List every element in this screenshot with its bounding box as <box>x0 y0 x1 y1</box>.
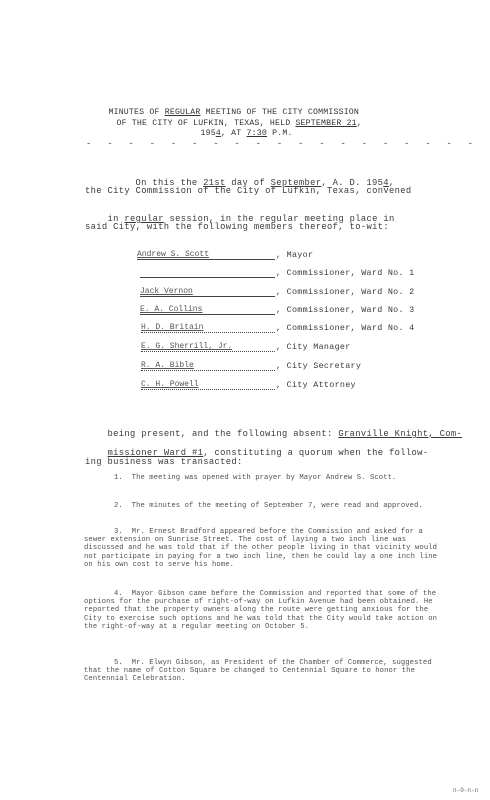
item-text: The meeting was opened with prayer by Ma… <box>132 474 397 482</box>
signature-line <box>141 370 275 371</box>
member-role: , Commissioner, Ward No. 3 <box>276 305 414 315</box>
signature-line <box>137 259 275 260</box>
signature-line <box>140 277 275 278</box>
member-role: , Commissioner, Ward No. 4 <box>276 323 414 333</box>
member-name: Andrew S. Scott <box>137 250 209 259</box>
heading-text: 195 <box>200 129 215 138</box>
member-name: Jack Vernon <box>140 287 193 296</box>
member-name: R. A. Bible <box>141 361 194 370</box>
heading-text: , AT <box>221 129 247 138</box>
signature-line <box>141 332 275 333</box>
meeting-time-field: 7:30 <box>247 129 267 138</box>
member-role: , Commissioner, Ward No. 2 <box>276 287 414 297</box>
member-name: H. D. Britain <box>141 323 203 332</box>
member-role: , City Manager <box>276 342 351 352</box>
minutes-item-2: 2. The minutes of the meeting of Septemb… <box>84 502 442 510</box>
minutes-item-1: 1. The meeting was opened with prayer by… <box>84 474 442 482</box>
item-number: 4. <box>114 590 123 598</box>
minutes-item-4: 4. Mayor Gibson came before the Commissi… <box>84 590 442 631</box>
intro-line-4: said City, with the following members th… <box>85 222 389 232</box>
footer-mark: n-0-n-n <box>453 787 478 794</box>
item-text: Mr. Ernest Bradford appeared before the … <box>84 528 437 569</box>
item-text: Mayor Gibson came before the Commission … <box>84 590 437 631</box>
item-number: 2. <box>114 502 123 510</box>
member-role: , City Attorney <box>276 380 356 390</box>
heading-text: P.M. <box>267 129 293 138</box>
separator-dashes: - - - - - - - - - - - - - - - - - - - - … <box>86 139 490 149</box>
item-number: 1. <box>114 474 123 482</box>
member-role: , City Secretary <box>276 361 361 371</box>
minutes-item-3: 3. Mr. Ernest Bradford appeared before t… <box>84 528 442 569</box>
member-name: C. H. Powell <box>141 380 199 389</box>
member-name: E. A. Collins <box>140 305 202 314</box>
signature-line <box>141 389 275 390</box>
quorum-line-3: ing business was transacted: <box>85 457 243 467</box>
item-text: Mr. Elwyn Gibson, as President of the Ch… <box>84 659 432 683</box>
intro-line-2: the City Commission of the City of Lufki… <box>85 186 411 196</box>
item-text: The minutes of the meeting of September … <box>132 502 423 510</box>
member-role: , Commissioner, Ward No. 1 <box>276 268 414 278</box>
meeting-date-field: SEPTEMBER 21 <box>295 119 356 128</box>
signature-line <box>141 351 275 352</box>
signature-line <box>140 314 275 315</box>
member-role: , Mayor <box>276 250 313 260</box>
item-number: 3. <box>114 528 123 536</box>
item-number: 5. <box>114 659 123 667</box>
heading-text: , <box>357 119 362 128</box>
minutes-item-5: 5. Mr. Elwyn Gibson, as President of the… <box>84 659 442 684</box>
signature-line <box>140 296 275 297</box>
member-name: E. G. Sherrill, Jr. <box>141 342 232 351</box>
